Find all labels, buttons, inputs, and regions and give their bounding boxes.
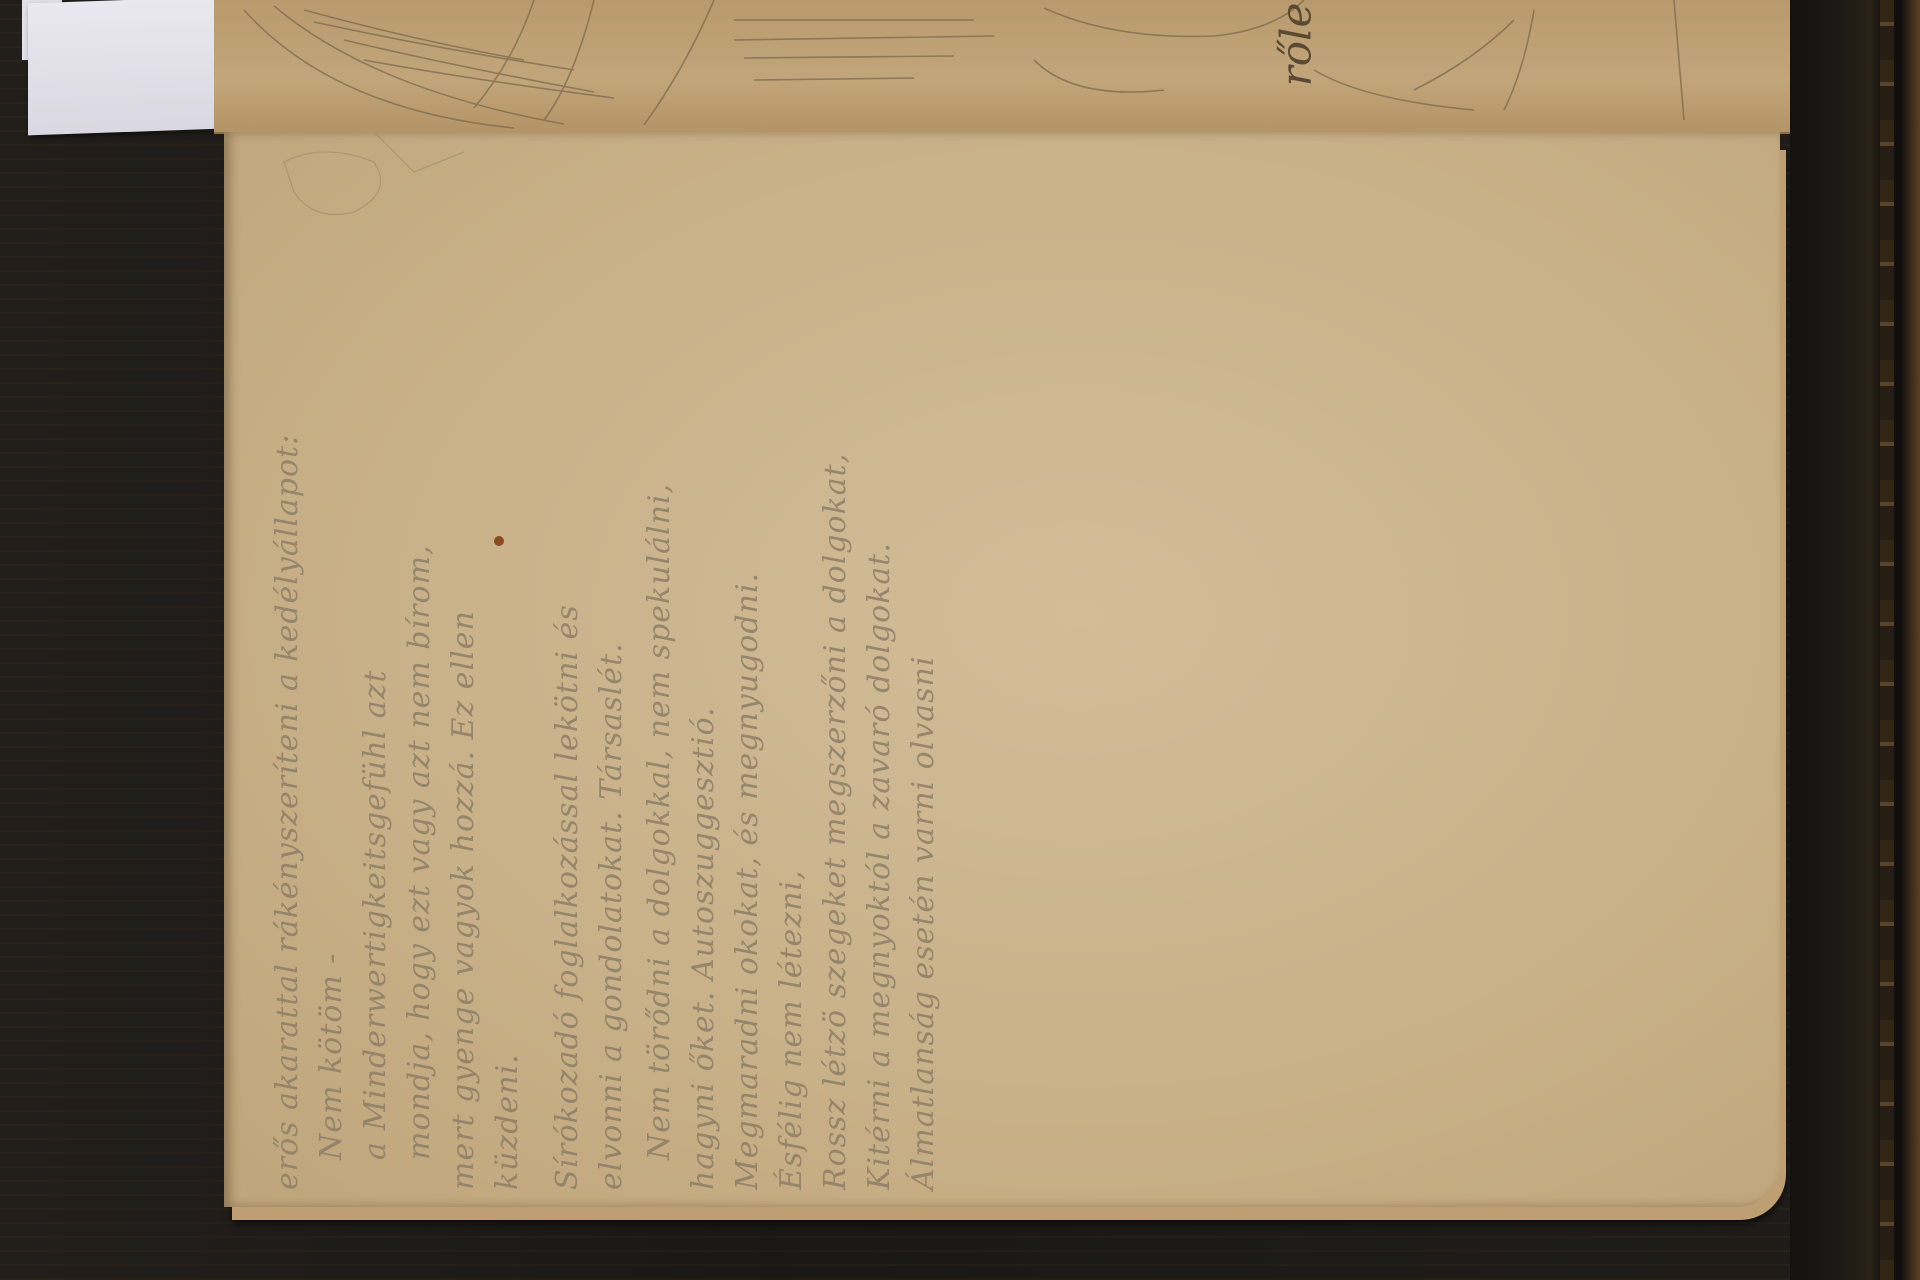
text-line: a Minderwertigkeitsgefühl azt [358,669,393,1160]
text-line: Rossz létzö szegeket megszerzőni a dolgo… [818,453,853,1190]
notebook-binding [1790,0,1920,1280]
handwritten-text: erős akarattal rákényszeríteni a kedélyá… [250,150,1030,1200]
sketch-caption: rőle [1271,3,1320,87]
text-line: mert gyenge vagyok hozzá. Ez ellen [446,610,481,1190]
text-line: Nem kötöm - [314,953,349,1160]
text-line: Sírókozadó foglalkozással lekötni és [550,604,585,1190]
white-paper-sheet [28,0,223,135]
text-line: küzdeni. [490,1053,525,1190]
text-line: Nem törődni a dolgokkal, nem spekulálni, [642,483,677,1160]
binding-worn-edge [1880,0,1894,1280]
text-line: elvonni a gondolatokat. Társaslét. [594,642,629,1190]
text-line: Álmatlanság esetén varni olvasni [906,656,941,1190]
text-line: Kitérni a megnyoktól a zavaró dolgokat. [862,542,897,1190]
text-line: Megmaradni okokat, és megnyugodni. [730,572,765,1190]
pencil-sketch-icon [214,0,1804,132]
text-line: mondja, hogy ezt vagy azt nem bírom, [402,544,437,1160]
text-line: erős akarattal rákényszeríteni a kedélyá… [270,434,305,1190]
text-line: Ésfélig nem létezni, [774,869,809,1190]
upper-page-sketch: rőle [214,0,1804,134]
text-line: hagyni őket. Autoszuggesztió. [686,706,721,1190]
